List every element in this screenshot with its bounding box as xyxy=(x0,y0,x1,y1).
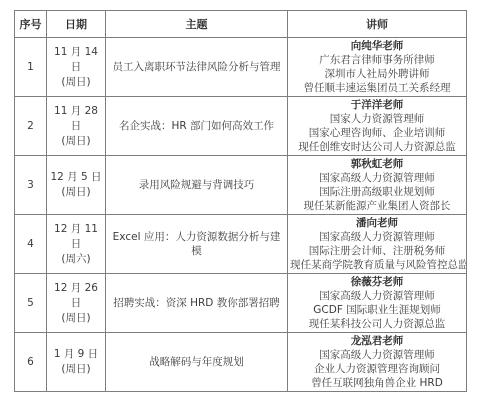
row-number-cell: 2 xyxy=(15,97,47,156)
table-header: 序号 日期 主题 讲师 xyxy=(15,11,467,38)
topic-cell: 招聘实战：资深 HRD 教你部署招聘 xyxy=(106,274,288,333)
schedule-page: 序号 日期 主题 讲师 1 11 月 14 日 (周日) 员工入离职环节法律风险… xyxy=(14,10,467,392)
row-number: 5 xyxy=(27,297,34,309)
column-header-date: 日期 xyxy=(47,11,106,38)
lecturer-name: 潘向老师 xyxy=(290,216,464,230)
date-cell: 11 月 14 日 (周日) xyxy=(47,38,106,97)
lecturer-credential: 国家高级人力资源管理师 xyxy=(290,230,464,244)
topic-cell: 名企实战：HR 部门如何高效工作 xyxy=(106,97,288,156)
lecturer-credential: 广东君言律师事务所律师 xyxy=(290,53,464,67)
lecturer-credential: 国家高级人力资源管理师 xyxy=(290,348,464,362)
lecturer-credential: 现任某新能源产业集团人资部长 xyxy=(290,199,464,213)
table-row: 3 12 月 5 日 (周日) 录用风险规避与背调技巧 郭秋虹老师 国家高级人力… xyxy=(15,156,467,215)
lecturer-name: 于洋洋老师 xyxy=(290,98,464,112)
weekday-text: (周日) xyxy=(49,75,103,90)
date-text: 1 月 9 日 xyxy=(49,347,103,362)
column-header-topic: 主题 xyxy=(106,11,288,38)
table-row: 2 11 月 28 日 (周日) 名企实战：HR 部门如何高效工作 于洋洋老师 … xyxy=(15,97,467,156)
lecturer-credential: 企业人力资源管理咨询顾问 xyxy=(290,362,464,376)
date-text: 11 月 28 日 xyxy=(49,104,103,134)
lecturer-credential: 深圳市人社局外聘讲师 xyxy=(290,67,464,81)
row-number-cell: 1 xyxy=(15,38,47,97)
lecturer-cell: 郭秋虹老师 国家高级人力资源管理师 国际注册高级职业规划师 现任某新能源产业集团… xyxy=(288,156,467,215)
row-number-cell: 5 xyxy=(15,274,47,333)
lecturer-cell: 龙泓君老师 国家高级人力资源管理师 企业人力资源管理咨询顾问 曾任互联网独角兽企… xyxy=(288,333,467,392)
lecturer-credential: 国家高级人力资源管理师 xyxy=(290,289,464,303)
lecturer-credential: 国际注册会计师、注册税务师 xyxy=(290,244,464,258)
date-text: 12 月 5 日 xyxy=(49,170,103,185)
table-row: 1 11 月 14 日 (周日) 员工入离职环节法律风险分析与管理 向纯华老师 … xyxy=(15,38,467,97)
lecturer-credential: 国家心理咨询师、企业培训师 xyxy=(290,126,464,140)
table-row: 6 1 月 9 日 (周日) 战略解码与年度规划 龙泓君老师 国家高级人力资源管… xyxy=(15,333,467,392)
lecturer-credential: GCDF 国际职业生涯规划师 xyxy=(290,303,464,317)
lecturer-name: 向纯华老师 xyxy=(290,39,464,53)
topic-cell: 员工入离职环节法律风险分析与管理 xyxy=(106,38,288,97)
lecturer-credential: 现任某科技公司人力资源总监 xyxy=(290,317,464,331)
row-number-cell: 6 xyxy=(15,333,47,392)
course-schedule-table: 序号 日期 主题 讲师 1 11 月 14 日 (周日) 员工入离职环节法律风险… xyxy=(14,10,467,392)
header-row: 序号 日期 主题 讲师 xyxy=(15,11,467,38)
row-number-cell: 4 xyxy=(15,215,47,274)
topic-text: 录用风险规避与背调技巧 xyxy=(108,178,285,192)
table-row: 4 12 月 11 日 (周六) Excel 应用：人力资源数据分析与建模 潘向… xyxy=(15,215,467,274)
lecturer-cell: 于洋洋老师 国家人力资源管理师 国家心理咨询师、企业培训师 现任创维安时达公司人… xyxy=(288,97,467,156)
topic-text: Excel 应用：人力资源数据分析与建模 xyxy=(108,230,285,258)
weekday-text: (周六) xyxy=(49,252,103,267)
row-number: 1 xyxy=(27,61,34,73)
weekday-text: (周日) xyxy=(49,311,103,326)
column-header-lecturer: 讲师 xyxy=(288,11,467,38)
weekday-text: (周日) xyxy=(49,362,103,377)
lecturer-name: 徐薇芬老师 xyxy=(290,275,464,289)
date-cell: 1 月 9 日 (周日) xyxy=(47,333,106,392)
lecturer-credential: 曾任顺丰速运集团员工关系经理 xyxy=(290,81,464,95)
topic-cell: 战略解码与年度规划 xyxy=(106,333,288,392)
topic-text: 招聘实战：资深 HRD 教你部署招聘 xyxy=(108,296,285,310)
topic-cell: Excel 应用：人力资源数据分析与建模 xyxy=(106,215,288,274)
row-number-cell: 3 xyxy=(15,156,47,215)
row-number: 3 xyxy=(27,179,34,191)
date-cell: 12 月 26 日 (周日) xyxy=(47,274,106,333)
weekday-text: (周日) xyxy=(49,134,103,149)
lecturer-credential: 现任某商学院教育质量与风险管控总监 xyxy=(290,258,464,272)
row-number: 6 xyxy=(27,356,34,368)
topic-text: 战略解码与年度规划 xyxy=(108,355,285,369)
lecturer-name: 郭秋虹老师 xyxy=(290,157,464,171)
lecturer-credential: 国际注册高级职业规划师 xyxy=(290,185,464,199)
lecturer-name: 龙泓君老师 xyxy=(290,334,464,348)
lecturer-cell: 潘向老师 国家高级人力资源管理师 国际注册会计师、注册税务师 现任某商学院教育质… xyxy=(288,215,467,274)
column-header-no: 序号 xyxy=(15,11,47,38)
table-row: 5 12 月 26 日 (周日) 招聘实战：资深 HRD 教你部署招聘 徐薇芬老… xyxy=(15,274,467,333)
date-cell: 12 月 11 日 (周六) xyxy=(47,215,106,274)
lecturer-credential: 国家高级人力资源管理师 xyxy=(290,171,464,185)
date-text: 12 月 11 日 xyxy=(49,222,103,252)
weekday-text: (周日) xyxy=(49,185,103,200)
topic-cell: 录用风险规避与背调技巧 xyxy=(106,156,288,215)
lecturer-credential: 曾任互联网独角兽企业 HRD xyxy=(290,376,464,390)
lecturer-credential: 国家人力资源管理师 xyxy=(290,112,464,126)
date-text: 11 月 14 日 xyxy=(49,45,103,75)
lecturer-cell: 徐薇芬老师 国家高级人力资源管理师 GCDF 国际职业生涯规划师 现任某科技公司… xyxy=(288,274,467,333)
date-cell: 11 月 28 日 (周日) xyxy=(47,97,106,156)
row-number: 4 xyxy=(27,238,34,250)
row-number: 2 xyxy=(27,120,34,132)
date-text: 12 月 26 日 xyxy=(49,281,103,311)
lecturer-credential: 现任创维安时达公司人力资源总监 xyxy=(290,140,464,154)
topic-text: 名企实战：HR 部门如何高效工作 xyxy=(108,119,285,133)
date-cell: 12 月 5 日 (周日) xyxy=(47,156,106,215)
table-body: 1 11 月 14 日 (周日) 员工入离职环节法律风险分析与管理 向纯华老师 … xyxy=(15,38,467,392)
lecturer-cell: 向纯华老师 广东君言律师事务所律师 深圳市人社局外聘讲师 曾任顺丰速运集团员工关… xyxy=(288,38,467,97)
topic-text: 员工入离职环节法律风险分析与管理 xyxy=(108,60,285,74)
